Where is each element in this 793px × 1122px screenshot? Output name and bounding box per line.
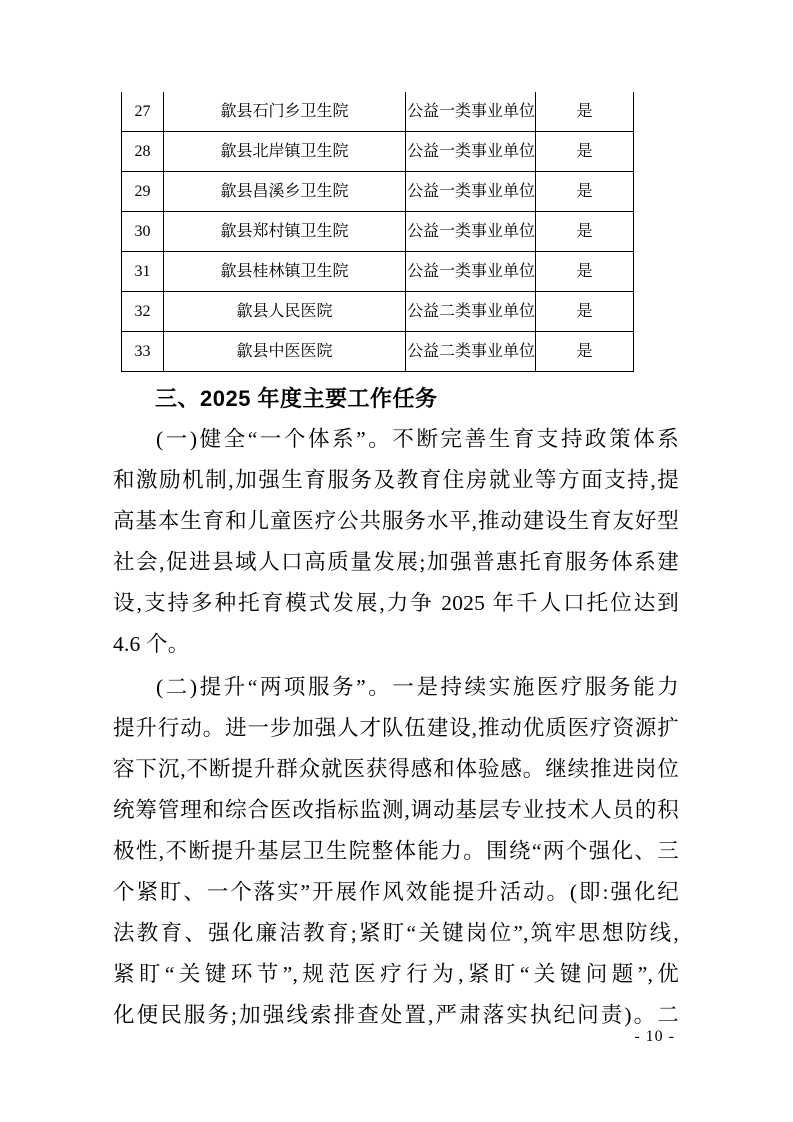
paragraph-line: 统筹管理和综合医改指标监测,调动基层专业技术人员的积 [113, 790, 679, 831]
table-row: 27 歙县石门乡卫生院 公益一类事业单位 是 [122, 92, 634, 132]
table-row: 32 歙县人民医院 公益二类事业单位 是 [122, 292, 634, 332]
org-name-cell: 歙县中医医院 [164, 332, 406, 372]
row-number-cell: 28 [122, 132, 164, 172]
paragraph-line: 化便民服务;加强线索排查处置,严肃落实执纪问责)。二 [113, 995, 679, 1036]
org-name-cell: 歙县郑村镇卫生院 [164, 212, 406, 252]
paragraph-line: 4.6 个。 [113, 624, 679, 665]
paragraph-line: (一)健全“一个体系”。不断完善生育支持政策体系 [113, 419, 679, 460]
table-row: 28 歙县北岸镇卫生院 公益一类事业单位 是 [122, 132, 634, 172]
document-content: 27 歙县石门乡卫生院 公益一类事业单位 是 28 歙县北岸镇卫生院 公益一类事… [113, 0, 679, 1036]
table-row: 33 歙县中医医院 公益二类事业单位 是 [122, 332, 634, 372]
paragraph-line: 和激励机制,加强生育服务及教育住房就业等方面支持,提 [113, 460, 679, 501]
flag-cell: 是 [536, 92, 634, 132]
table-row: 29 歙县昌溪乡卫生院 公益一类事业单位 是 [122, 172, 634, 212]
org-type-cell: 公益一类事业单位 [406, 212, 536, 252]
row-number-cell: 31 [122, 252, 164, 292]
paragraph-line: 提升行动。进一步加强人才队伍建设,推动优质医疗资源扩 [113, 708, 679, 749]
paragraph-2: (二)提升“两项服务”。一是持续实施医疗服务能力 提升行动。进一步加强人才队伍建… [113, 667, 679, 1036]
page-number: - 10 - [634, 1028, 675, 1046]
org-type-cell: 公益一类事业单位 [406, 172, 536, 212]
org-type-cell: 公益二类事业单位 [406, 332, 536, 372]
row-number-cell: 32 [122, 292, 164, 332]
org-name-cell: 歙县石门乡卫生院 [164, 92, 406, 132]
paragraph-line: 容下沉,不断提升群众就医获得感和体验感。继续推进岗位 [113, 749, 679, 790]
section-heading: 三、2025 年度主要工作任务 [113, 385, 679, 413]
org-type-cell: 公益二类事业单位 [406, 292, 536, 332]
paragraph-line: 法教育、强化廉洁教育;紧盯“关键岗位”,筑牢思想防线, [113, 913, 679, 954]
row-number-cell: 33 [122, 332, 164, 372]
document-page: 27 歙县石门乡卫生院 公益一类事业单位 是 28 歙县北岸镇卫生院 公益一类事… [0, 0, 793, 1122]
org-name-cell: 歙县昌溪乡卫生院 [164, 172, 406, 212]
paragraph-line: 个紧盯、一个落实”开展作风效能提升活动。(即:强化纪 [113, 872, 679, 913]
table-row: 30 歙县郑村镇卫生院 公益一类事业单位 是 [122, 212, 634, 252]
org-type-cell: 公益一类事业单位 [406, 92, 536, 132]
flag-cell: 是 [536, 212, 634, 252]
paragraph-1: (一)健全“一个体系”。不断完善生育支持政策体系 和激励机制,加强生育服务及教育… [113, 419, 679, 665]
org-classification-table: 27 歙县石门乡卫生院 公益一类事业单位 是 28 歙县北岸镇卫生院 公益一类事… [121, 92, 634, 372]
org-name-cell: 歙县人民医院 [164, 292, 406, 332]
paragraph-line: 高基本生育和儿童医疗公共服务水平,推动建设生育友好型 [113, 501, 679, 542]
org-type-cell: 公益一类事业单位 [406, 132, 536, 172]
flag-cell: 是 [536, 132, 634, 172]
paragraph-line: 紧盯“关键环节”,规范医疗行为,紧盯“关键问题”,优 [113, 954, 679, 995]
flag-cell: 是 [536, 332, 634, 372]
flag-cell: 是 [536, 172, 634, 212]
paragraph-line: 设,支持多种托育模式发展,力争 2025 年千人口托位达到 [113, 583, 679, 624]
paragraph-line: (二)提升“两项服务”。一是持续实施医疗服务能力 [113, 667, 679, 708]
org-name-cell: 歙县北岸镇卫生院 [164, 132, 406, 172]
table-row: 31 歙县桂林镇卫生院 公益一类事业单位 是 [122, 252, 634, 292]
flag-cell: 是 [536, 252, 634, 292]
row-number-cell: 29 [122, 172, 164, 212]
paragraph-line: 社会,促进县域人口高质量发展;加强普惠托育服务体系建 [113, 542, 679, 583]
paragraph-line: 极性,不断提升基层卫生院整体能力。围绕“两个强化、三 [113, 831, 679, 872]
flag-cell: 是 [536, 292, 634, 332]
row-number-cell: 30 [122, 212, 164, 252]
org-type-cell: 公益一类事业单位 [406, 252, 536, 292]
row-number-cell: 27 [122, 92, 164, 132]
org-name-cell: 歙县桂林镇卫生院 [164, 252, 406, 292]
